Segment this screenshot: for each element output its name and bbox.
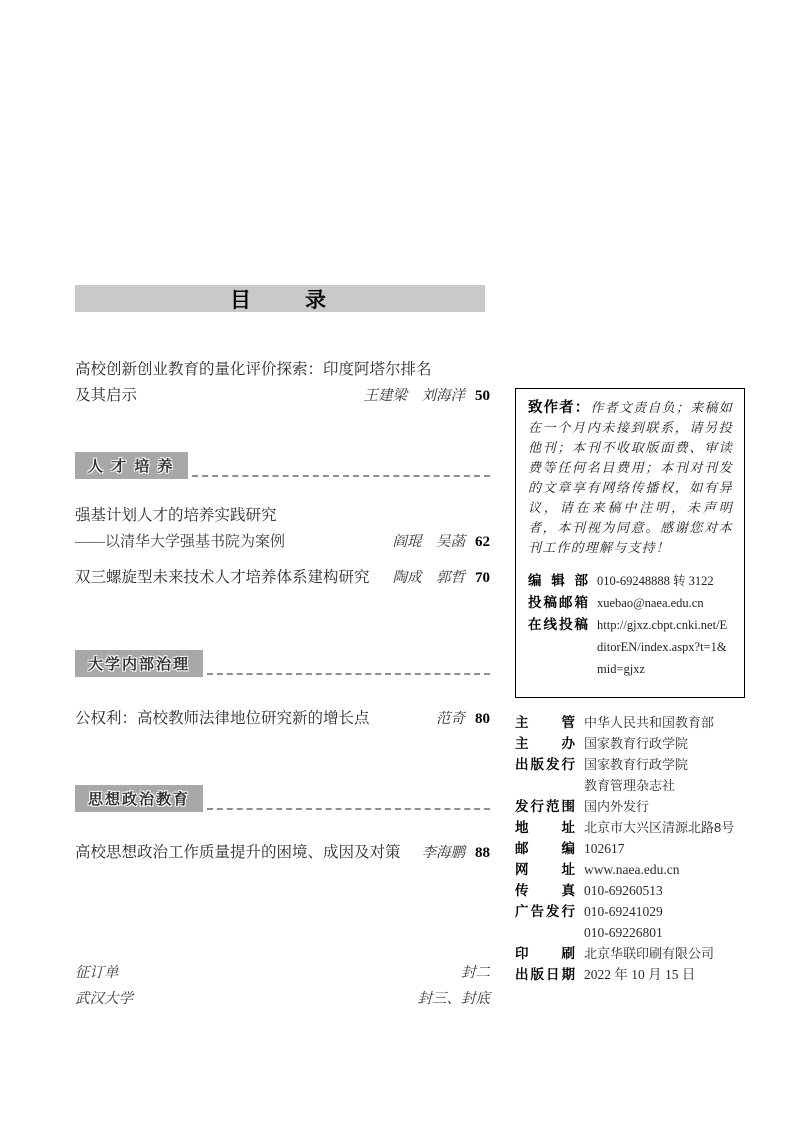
pub-row-distribution-scope: 发行范围 国内外发行 [515, 796, 755, 817]
toc-header-bar: 目 录 [75, 285, 485, 312]
article-item: 双三螺旋型未来技术人才培养体系建构研究 陶成 郭哲 70 [75, 565, 490, 591]
article-byline: 王建梁 刘海洋 50 [364, 383, 491, 409]
contact-label: 编辑部 [528, 570, 588, 592]
article-byline: 范奇 80 [436, 706, 490, 732]
contact-value-email: xuebao@naea.edu.cn [597, 592, 704, 614]
pub-row-advertising: 广告发行 010-69241029010-69226801 [515, 901, 755, 943]
article-title-line1: 高校思想政治工作质量提升的困境、成因及对策 [75, 840, 401, 866]
article-byline: 阎琨 吴菡 62 [393, 529, 491, 555]
toc-title: 目 录 [230, 284, 330, 314]
pub-value: 中华人民共和国教育部 [584, 712, 714, 733]
section-label: 大学内部治理 [75, 650, 203, 677]
contact-label: 投稿邮箱 [528, 592, 588, 614]
pub-value: 国内外发行 [584, 796, 649, 817]
pub-label: 印刷 [515, 943, 575, 964]
pub-label: 传真 [515, 880, 575, 901]
article-item: 公权利：高校教师法律地位研究新的增长点 范奇 80 [75, 706, 490, 732]
contact-value: 010-69248888 转 3122 [597, 570, 714, 592]
article-item: 强基计划人才的培养实践研究 ——以清华大学强基书院为案例 阎琨 吴菡 62 [75, 503, 490, 555]
pub-label: 发行范围 [515, 796, 575, 817]
article-title-line1: 双三螺旋型未来技术人才培养体系建构研究 [75, 565, 370, 591]
pub-label: 广告发行 [515, 901, 575, 943]
publication-info: 主管 中华人民共和国教育部 主办 国家教育行政学院 出版发行 国家教育行政学院教… [515, 712, 755, 985]
contact-value-url: http://gjxz.cbpt.cnki.net/EditorEN/index… [597, 614, 733, 680]
pub-value: 北京华联印刷有限公司 [584, 943, 714, 964]
pub-value: 国家教育行政学院 [584, 733, 688, 754]
article-page-number: 80 [475, 711, 490, 727]
article-byline: 李海鹏 88 [422, 840, 491, 866]
pub-row-supervisor: 主管 中华人民共和国教育部 [515, 712, 755, 733]
pub-value: 北京市大兴区清源北路8号 [584, 817, 734, 838]
pub-row-publisher: 出版发行 国家教育行政学院教育管理杂志社 [515, 754, 755, 796]
pub-value: 国家教育行政学院教育管理杂志社 [584, 754, 688, 796]
authors-notice-heading: 致作者： [528, 400, 590, 416]
section-label: 人 才 培 养 [75, 452, 188, 479]
pub-label: 主办 [515, 733, 575, 754]
pub-row-postcode: 邮编 102617 [515, 838, 755, 859]
article-page-number: 88 [475, 845, 490, 861]
article-item: 高校思想政治工作质量提升的困境、成因及对策 李海鹏 88 [75, 840, 490, 866]
article-title-line1: 公权利：高校教师法律地位研究新的增长点 [75, 706, 370, 732]
contact-row-editorial-office: 编辑部 010-69248888 转 3122 [528, 570, 733, 592]
contact-row-online-submission: 在线投稿 http://gjxz.cbpt.cnki.net/EditorEN/… [528, 614, 733, 680]
pub-row-publication-date: 出版日期 2022 年 10 月 15 日 [515, 964, 755, 985]
authors-notice-body: 作者文责自负；来稿如在一个月内未接到联系，请另投他刊；本刊不收取版面费、审读费等… [528, 400, 733, 555]
pub-row-printer: 印刷 北京华联印刷有限公司 [515, 943, 755, 964]
back-items: 征订单 封二 武汉大学 封三、封底 [75, 960, 490, 1012]
back-item-page: 封二 [461, 960, 490, 986]
section-header-university-governance: 大学内部治理 [75, 650, 490, 677]
contact-label: 在线投稿 [528, 614, 588, 680]
pub-label: 主管 [515, 712, 575, 733]
section-header-talent-cultivation: 人 才 培 养 [75, 452, 490, 479]
article-authors: 陶成 郭哲 [393, 570, 466, 586]
pub-row-address: 地址 北京市大兴区清源北路8号 [515, 817, 755, 838]
authors-notice-box: 致作者：作者文责自负；来稿如在一个月内未接到联系，请另投他刊；本刊不收取版面费、… [515, 388, 745, 698]
article-title-line1: 高校创新创业教育的量化评价探索：印度阿塔尔排名 [75, 357, 432, 383]
pub-value-website: www.naea.edu.cn [584, 859, 679, 880]
back-item: 武汉大学 封三、封底 [75, 986, 490, 1012]
contact-row-submission-email: 投稿邮箱 xuebao@naea.edu.cn [528, 592, 733, 614]
pub-value: 010-69260513 [584, 880, 663, 901]
pub-value-date: 2022 年 10 月 15 日 [584, 964, 695, 985]
back-item-title: 征订单 [75, 960, 119, 986]
section-label: 思想政治教育 [75, 785, 203, 812]
back-item: 征订单 封二 [75, 960, 490, 986]
section-dashed-rule [192, 475, 490, 477]
article-page-number: 70 [475, 570, 490, 586]
pub-value: 010-69241029010-69226801 [584, 901, 663, 943]
pub-value: 102617 [584, 838, 625, 859]
section-dashed-rule [207, 673, 490, 675]
pub-label: 网址 [515, 859, 575, 880]
authors-notice-paragraph: 致作者：作者文责自负；来稿如在一个月内未接到联系，请另投他刊；本刊不收取版面费、… [528, 398, 733, 558]
back-item-title: 武汉大学 [75, 986, 133, 1012]
pub-row-fax: 传真 010-69260513 [515, 880, 755, 901]
article-page-number: 50 [475, 388, 490, 404]
pub-label: 邮编 [515, 838, 575, 859]
pub-row-sponsor: 主办 国家教育行政学院 [515, 733, 755, 754]
article-authors: 范奇 [436, 711, 465, 727]
article-title-line1: 强基计划人才的培养实践研究 [75, 503, 277, 529]
article-authors: 阎琨 吴菡 [393, 534, 466, 550]
article-front: 高校创新创业教育的量化评价探索：印度阿塔尔排名 及其启示 王建梁 刘海洋 50 [75, 357, 490, 409]
pub-label: 出版日期 [515, 964, 575, 985]
article-authors: 王建梁 刘海洋 [364, 388, 466, 404]
pub-label: 出版发行 [515, 754, 575, 796]
section-header-ideological-political-education: 思想政治教育 [75, 785, 490, 812]
article-title-line2: 及其启示 [75, 383, 137, 409]
article-page-number: 62 [475, 534, 490, 550]
editorial-contacts: 编辑部 010-69248888 转 3122 投稿邮箱 xuebao@naea… [528, 570, 733, 680]
article-byline: 陶成 郭哲 70 [393, 565, 491, 591]
article-subtitle: ——以清华大学强基书院为案例 [75, 529, 285, 555]
pub-row-website: 网址 www.naea.edu.cn [515, 859, 755, 880]
back-item-page: 封三、封底 [418, 986, 491, 1012]
pub-label: 地址 [515, 817, 575, 838]
article-authors: 李海鹏 [422, 845, 466, 861]
section-dashed-rule [207, 808, 490, 810]
